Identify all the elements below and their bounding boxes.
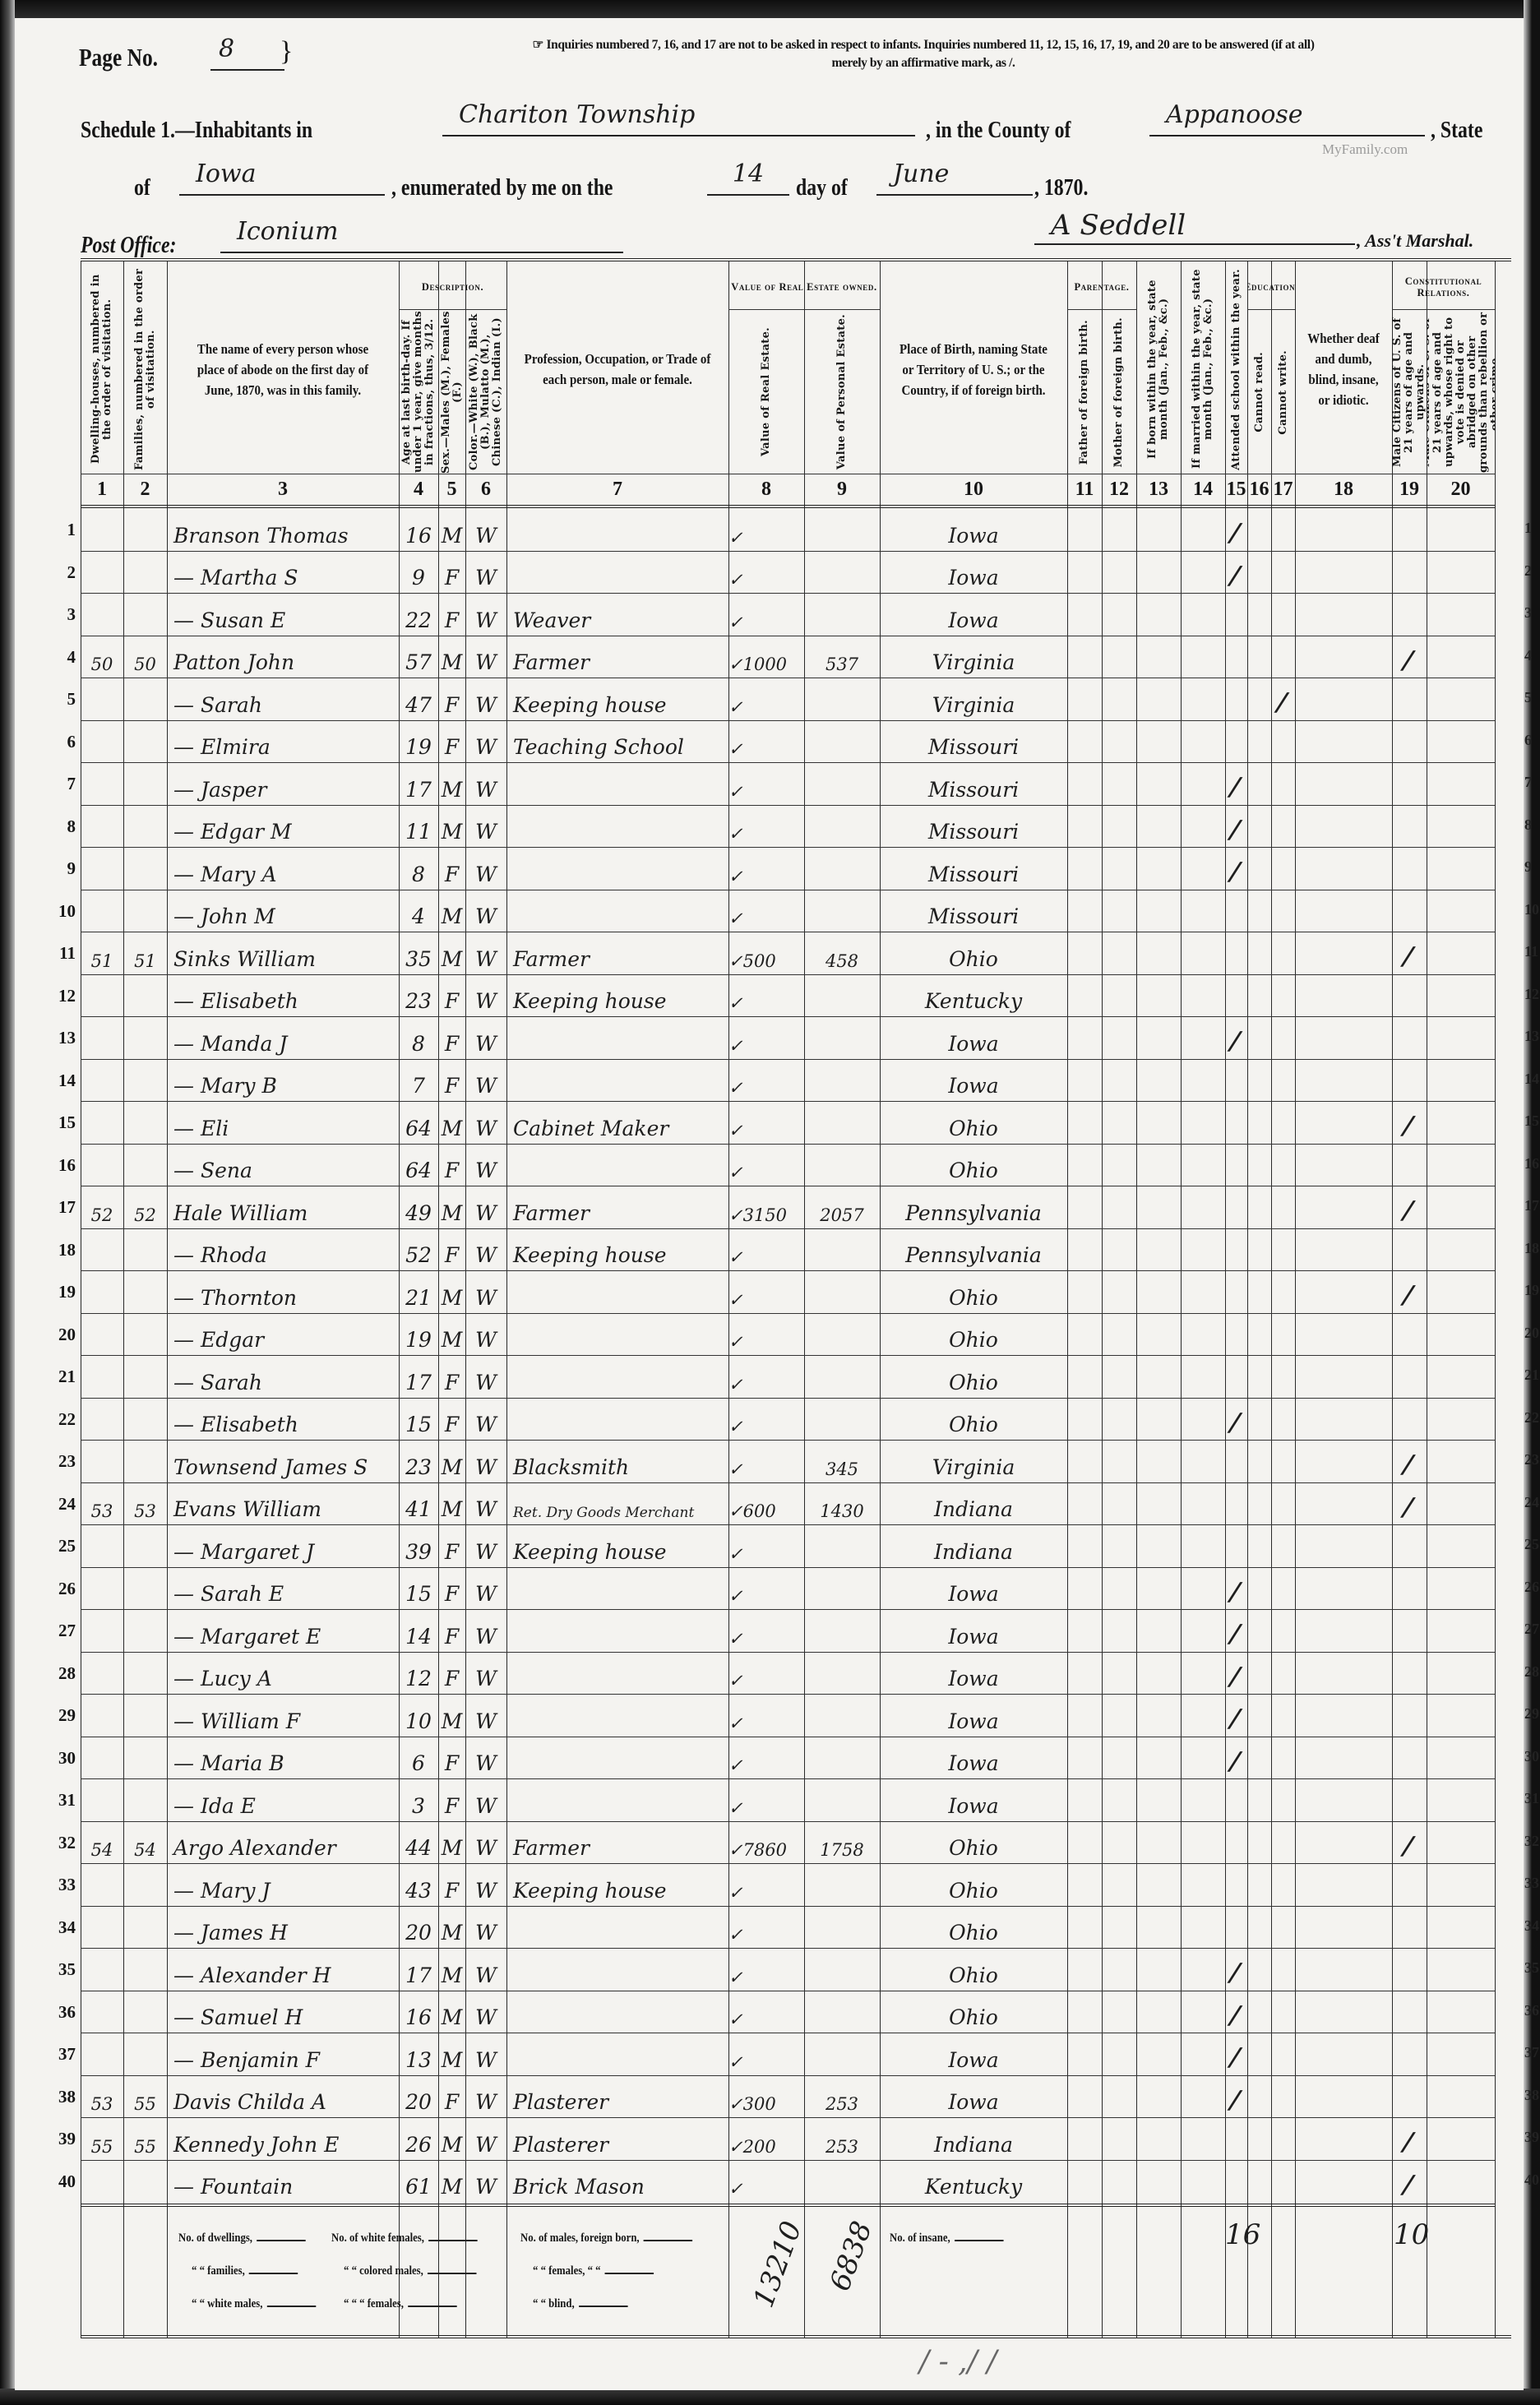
dwelling-number: [81, 1355, 123, 1398]
family-number: [123, 890, 167, 932]
column-number: 6: [465, 474, 506, 505]
color: W: [465, 1737, 506, 1779]
column-header-label: Color.—White (W.), Black (B.), Mulatto (…: [469, 311, 503, 474]
family-number: [123, 1059, 167, 1102]
person-name: — Alexander H: [173, 1948, 405, 1991]
place-of-birth: Ohio: [880, 1863, 1067, 1906]
place-of-birth: Pennsylvania: [880, 1186, 1067, 1228]
schedule-label: Schedule 1.—Inhabitants in: [81, 117, 312, 144]
dwelling-number: [81, 1016, 123, 1059]
personal-estate-value: [804, 1948, 880, 1991]
dwelling-number: 51: [81, 932, 123, 974]
sex: F: [438, 1355, 465, 1398]
state-field: Iowa: [179, 160, 385, 196]
place-of-birth: Iowa: [880, 508, 1067, 551]
age: 20: [399, 1906, 438, 1949]
row-number: 33: [39, 1875, 76, 1895]
dwelling-number: 53: [81, 2075, 123, 2118]
occupation: Brick Mason: [513, 2160, 735, 2203]
dwelling-number: [81, 1228, 123, 1271]
occupation: Farmer: [513, 932, 735, 974]
dwelling-number: [81, 720, 123, 763]
column-header-17: Cannot write.: [1271, 311, 1295, 474]
place-of-birth: Ohio: [880, 1906, 1067, 1949]
person-name: Kennedy John E: [173, 2117, 405, 2160]
real-estate-value: ✓: [728, 2033, 804, 2075]
real-estate-value: ✓: [728, 1228, 804, 1271]
color: W: [465, 720, 506, 763]
color: W: [465, 1609, 506, 1652]
color: W: [465, 847, 506, 890]
summary-colored-females: “ “ “ females,: [344, 2297, 457, 2311]
column-header-6: Color.—White (W.), Black (B.), Mulatto (…: [465, 311, 506, 474]
place-of-birth: Missouri: [880, 805, 1067, 848]
row-number: 36: [39, 2002, 76, 2023]
year-label: , 1870.: [1034, 174, 1088, 201]
row-number-right: 12: [1524, 986, 1540, 1003]
color: W: [465, 805, 506, 848]
column-header-label: Whether deaf and dumb, blind, insane, or…: [1301, 328, 1386, 410]
day-field: 14: [707, 160, 789, 196]
personal-estate-value: 458: [804, 932, 880, 974]
person-name: — Rhoda: [173, 1228, 405, 1271]
occupation: [513, 1906, 735, 1949]
family-number: [123, 1440, 167, 1482]
age: 35: [399, 932, 438, 974]
column-header-14: If married within the year, state month …: [1181, 265, 1225, 474]
place-of-birth: Iowa: [880, 2075, 1067, 2118]
sex: F: [438, 1567, 465, 1610]
row-number-right: 8: [1524, 816, 1540, 834]
real-estate-value: ✓: [728, 1313, 804, 1356]
summary-colored-males: “ “ colored males,: [344, 2264, 476, 2278]
group-divider: [1247, 309, 1295, 310]
family-number: [123, 551, 167, 594]
occupation: [513, 805, 735, 848]
dwelling-number: [81, 974, 123, 1017]
group-header-education: Education.: [1247, 265, 1295, 309]
column-header-label: Male Citizens of U. S. of 21 years of ag…: [1392, 311, 1427, 474]
family-number: [123, 1948, 167, 1991]
column-number: 18: [1295, 474, 1392, 505]
age: 8: [399, 847, 438, 890]
place-of-birth: Ohio: [880, 1101, 1067, 1144]
column-header-9: Value of Personal Estate.: [804, 311, 880, 474]
of-label: of: [134, 174, 150, 201]
personal-estate-value: [804, 1906, 880, 1949]
row-number-right: 14: [1524, 1071, 1540, 1088]
column-header-label: Place of Birth, naming State or Territor…: [891, 339, 1057, 400]
personal-estate-value: [804, 1101, 880, 1144]
row-number: 32: [39, 1833, 76, 1853]
vote-denied-mark: [1420, 1652, 1502, 1695]
post-office-field: Iconium: [220, 217, 623, 253]
family-number: [123, 1694, 167, 1737]
sex: M: [438, 1991, 465, 2033]
row-number: 23: [39, 1451, 76, 1472]
occupation: [513, 1355, 735, 1398]
column-number: 4: [399, 474, 438, 505]
personal-estate-value: [804, 2160, 880, 2203]
real-estate-value: ✓: [728, 1737, 804, 1779]
real-estate-value: ✓: [728, 974, 804, 1017]
personal-estate-value: [804, 1228, 880, 1271]
personal-estate-value: [804, 1863, 880, 1906]
family-number: [123, 1398, 167, 1441]
vote-denied-mark: [1420, 1906, 1502, 1949]
personal-estate-value: [804, 1737, 880, 1779]
row-number-right: 39: [1524, 2129, 1540, 2146]
person-name: — Thornton: [173, 1270, 405, 1313]
place-of-birth: Iowa: [880, 1059, 1067, 1102]
person-name: — Margaret J: [173, 1524, 405, 1567]
place-of-birth: Kentucky: [880, 974, 1067, 1017]
real-estate-value: ✓: [728, 1059, 804, 1102]
column-header-label: If born within the year, state month (Ja…: [1147, 265, 1170, 474]
personal-estate-value: 253: [804, 2075, 880, 2118]
age: 6: [399, 1737, 438, 1779]
color: W: [465, 1991, 506, 2033]
column-number: 3: [167, 474, 399, 505]
sex: F: [438, 678, 465, 720]
vote-denied-mark: [1420, 1567, 1502, 1610]
vote-denied-mark: [1420, 636, 1502, 678]
row-number-right: 35: [1524, 1959, 1540, 1977]
personal-estate-value: [804, 1694, 880, 1737]
place-of-birth: Iowa: [880, 1567, 1067, 1610]
sex: F: [438, 1228, 465, 1271]
column-number: 8: [728, 474, 804, 505]
dwelling-number: [81, 1737, 123, 1779]
row-number-right: 1: [1524, 520, 1540, 537]
sex: M: [438, 1270, 465, 1313]
family-number: [123, 1355, 167, 1398]
watermark: MyFamily.com: [1322, 141, 1408, 158]
real-estate-value: ✓300: [728, 2075, 804, 2118]
column-header-label: Value of Real Estate.: [761, 327, 772, 456]
place-of-birth: Iowa: [880, 1652, 1067, 1695]
row-number: 13: [39, 1028, 76, 1048]
vote-denied-mark: [1420, 1313, 1502, 1356]
vote-denied-mark: [1420, 720, 1502, 763]
age: 44: [399, 1821, 438, 1864]
personal-estate-value: 1758: [804, 1821, 880, 1864]
row-number-right: 7: [1524, 774, 1540, 791]
age: 16: [399, 508, 438, 551]
personal-estate-value: [804, 1313, 880, 1356]
vote-denied-mark: [1420, 678, 1502, 720]
person-name: — Benjamin F: [173, 2033, 405, 2075]
sex: F: [438, 551, 465, 594]
real-estate-value: ✓: [728, 593, 804, 636]
column-header-label: Age at last birth-day. If under 1 year, …: [401, 311, 436, 474]
dwelling-number: [81, 2033, 123, 2075]
summary-label: “ “ females, “ “: [533, 2264, 601, 2278]
age: 20: [399, 2075, 438, 2118]
place-of-birth: Ohio: [880, 1144, 1067, 1186]
family-number: 50: [123, 636, 167, 678]
county-field: Appanoose: [1149, 100, 1425, 136]
summary-label: No. of males, foreign born,: [520, 2232, 640, 2245]
dwelling-number: 54: [81, 1821, 123, 1864]
row-number: 16: [39, 1155, 76, 1176]
row-number-right: 28: [1524, 1663, 1540, 1681]
row-number: 14: [39, 1071, 76, 1091]
place-of-birth: Iowa: [880, 1016, 1067, 1059]
row-number-right: 16: [1524, 1155, 1540, 1172]
sex: M: [438, 1694, 465, 1737]
summary-white-females: No. of white females,: [331, 2232, 478, 2245]
family-number: [123, 1991, 167, 2033]
sex: F: [438, 1398, 465, 1441]
family-number: [123, 678, 167, 720]
age: 47: [399, 678, 438, 720]
column-header-label: Sex.—Males (M.), Females (F.): [441, 311, 464, 474]
personal-estate-value: [804, 2033, 880, 2075]
dwelling-number: [81, 1398, 123, 1441]
real-estate-value: ✓: [728, 805, 804, 848]
vote-denied-mark: [1420, 1398, 1502, 1441]
family-number: [123, 1863, 167, 1906]
color: W: [465, 1948, 506, 1991]
row-number-right: 32: [1524, 1833, 1540, 1850]
faint-pencil-marks: / - ,/ /: [919, 2345, 997, 2379]
color: W: [465, 1524, 506, 1567]
real-estate-value: ✓: [728, 551, 804, 594]
row-number-right: 22: [1524, 1409, 1540, 1427]
column-header-11: Father of foreign birth.: [1067, 311, 1102, 474]
vote-denied-mark: [1420, 805, 1502, 848]
person-name: — Ida E: [173, 1778, 405, 1821]
real-estate-value: ✓600: [728, 1482, 804, 1525]
occupation: [513, 1313, 735, 1356]
group-divider: [728, 309, 880, 310]
person-name: — Mary A: [173, 847, 405, 890]
row-number: 8: [39, 816, 76, 837]
color: W: [465, 974, 506, 1017]
real-estate-value: ✓: [728, 1270, 804, 1313]
summary-families: “ “ families,: [192, 2264, 298, 2278]
place-of-birth: Ohio: [880, 1991, 1067, 2033]
column-header-10: Place of Birth, naming State or Territor…: [880, 265, 1067, 474]
row-number-right: 10: [1524, 901, 1540, 918]
occupation: Keeping house: [513, 1524, 735, 1567]
column-header-label: If married within the year, state month …: [1191, 265, 1214, 474]
row-number-right: 27: [1524, 1621, 1540, 1638]
person-name: Branson Thomas: [173, 508, 405, 551]
dwelling-number: [81, 678, 123, 720]
color: W: [465, 1228, 506, 1271]
age: 22: [399, 593, 438, 636]
place-of-birth: Ohio: [880, 1270, 1067, 1313]
person-name: — Margaret E: [173, 1609, 405, 1652]
total-citizens: 10: [1394, 2218, 1429, 2251]
vote-denied-mark: [1420, 762, 1502, 805]
header-divider: [81, 474, 1495, 474]
personal-estate-value: [804, 1609, 880, 1652]
person-name: Davis Childa A: [173, 2075, 405, 2118]
column-number: 17: [1271, 474, 1295, 505]
total-personal-estate: 6838: [824, 2218, 879, 2296]
row-number-right: 20: [1524, 1325, 1540, 1342]
sex: M: [438, 1313, 465, 1356]
person-name: — Mary J: [173, 1863, 405, 1906]
summary-blank: [955, 2240, 1004, 2241]
column-header-label: Families, numbered in the order of visit…: [134, 265, 157, 474]
place-of-birth: Ohio: [880, 1398, 1067, 1441]
place-of-birth: Iowa: [880, 1737, 1067, 1779]
place-of-birth: Iowa: [880, 551, 1067, 594]
dwelling-number: [81, 1440, 123, 1482]
row-number: 35: [39, 1959, 76, 1980]
family-number: [123, 847, 167, 890]
real-estate-value: ✓: [728, 1778, 804, 1821]
real-estate-value: ✓: [728, 1016, 804, 1059]
occupation: [513, 1737, 735, 1779]
row-number-right: 21: [1524, 1367, 1540, 1384]
family-number: [123, 720, 167, 763]
occupation: [513, 1016, 735, 1059]
column-header-18: Whether deaf and dumb, blind, insane, or…: [1295, 265, 1392, 474]
color: W: [465, 1059, 506, 1102]
row-number-right: 9: [1524, 858, 1540, 876]
person-name: — Edgar: [173, 1313, 405, 1356]
personal-estate-value: [804, 1524, 880, 1567]
column-number: 14: [1181, 474, 1225, 505]
real-estate-value: ✓: [728, 1355, 804, 1398]
place-of-birth: Missouri: [880, 762, 1067, 805]
row-number-right: 11: [1524, 943, 1540, 960]
color: W: [465, 1355, 506, 1398]
real-estate-value: ✓: [728, 1144, 804, 1186]
real-estate-value: ✓: [728, 1694, 804, 1737]
family-number: [123, 1567, 167, 1610]
group-divider: [399, 309, 506, 310]
row-number: 10: [39, 901, 76, 922]
row-number-right: 19: [1524, 1282, 1540, 1299]
color: W: [465, 1440, 506, 1482]
real-estate-value: ✓: [728, 1398, 804, 1441]
person-name: — Elisabeth: [173, 1398, 405, 1441]
real-estate-value: ✓: [728, 890, 804, 932]
family-number: [123, 1524, 167, 1567]
family-number: [123, 2033, 167, 2075]
age: 23: [399, 974, 438, 1017]
group-header-parentage: Parentage.: [1067, 265, 1136, 309]
occupation: Keeping house: [513, 1228, 735, 1271]
summary-blank: [257, 2240, 306, 2241]
real-estate-value: ✓: [728, 847, 804, 890]
sex: M: [438, 762, 465, 805]
personal-estate-value: [804, 678, 880, 720]
color: W: [465, 678, 506, 720]
summary-blank: [605, 2273, 654, 2274]
summary-blank: [408, 2306, 457, 2307]
personal-estate-value: [804, 1567, 880, 1610]
age: 17: [399, 1355, 438, 1398]
color: W: [465, 1101, 506, 1144]
column-number: 10: [880, 474, 1067, 505]
column-header-label: The name of every person whose place of …: [181, 339, 385, 400]
person-name: — Sarah: [173, 1355, 405, 1398]
row-number: 29: [39, 1705, 76, 1726]
row-number: 19: [39, 1282, 76, 1302]
personal-estate-value: 345: [804, 1440, 880, 1482]
vote-denied-mark: [1420, 1270, 1502, 1313]
sex: M: [438, 1906, 465, 1949]
row-number-right: 4: [1524, 647, 1540, 664]
vote-denied-mark: [1420, 1694, 1502, 1737]
family-number: [123, 1101, 167, 1144]
summary-insane: No. of insane,: [890, 2232, 1003, 2245]
sex: M: [438, 1821, 465, 1864]
color: W: [465, 551, 506, 594]
sex: M: [438, 890, 465, 932]
age: 64: [399, 1144, 438, 1186]
occupation: Teaching School: [513, 720, 735, 763]
place-of-birth: Kentucky: [880, 2160, 1067, 2203]
color: W: [465, 593, 506, 636]
occupation: Keeping house: [513, 1863, 735, 1906]
sex: F: [438, 1524, 465, 1567]
row-number-right: 13: [1524, 1028, 1540, 1045]
row-number-right: 29: [1524, 1705, 1540, 1723]
row-number: 30: [39, 1748, 76, 1769]
family-number: [123, 1737, 167, 1779]
row-number-right: 2: [1524, 562, 1540, 580]
month-field: June: [876, 160, 1033, 196]
sex: F: [438, 1609, 465, 1652]
family-number: 55: [123, 2075, 167, 2118]
personal-estate-value: [804, 593, 880, 636]
dwelling-number: [81, 1524, 123, 1567]
vote-denied-mark: [1420, 1609, 1502, 1652]
occupation: [513, 2033, 735, 2075]
color: W: [465, 932, 506, 974]
real-estate-value: ✓: [728, 1101, 804, 1144]
column-header-label: Cannot read.: [1254, 352, 1265, 432]
sex: M: [438, 1482, 465, 1525]
column-header-label: Dwelling-houses, numbered in the order o…: [90, 265, 113, 474]
vote-denied-mark: [1420, 890, 1502, 932]
column-number: 2: [123, 474, 167, 505]
row-number: 5: [39, 689, 76, 710]
occupation: Keeping house: [513, 678, 735, 720]
vote-denied-mark: [1420, 1778, 1502, 1821]
color: W: [465, 1016, 506, 1059]
real-estate-value: ✓: [728, 1991, 804, 2033]
personal-estate-value: [804, 1991, 880, 2033]
age: 10: [399, 1694, 438, 1737]
dwelling-number: [81, 1906, 123, 1949]
personal-estate-value: [804, 1652, 880, 1695]
column-header-15: Attended school within the year.: [1225, 265, 1247, 474]
summary-blank: [249, 2273, 298, 2274]
dwelling-number: [81, 805, 123, 848]
dwelling-number: [81, 1270, 123, 1313]
row-number: 17: [39, 1197, 76, 1218]
occupation: Farmer: [513, 1821, 735, 1864]
age: 19: [399, 720, 438, 763]
family-number: [123, 593, 167, 636]
age: 57: [399, 636, 438, 678]
real-estate-value: ✓: [728, 1609, 804, 1652]
vote-denied-mark: [1420, 1101, 1502, 1144]
personal-estate-value: [804, 1144, 880, 1186]
column-header-5: Sex.—Males (M.), Females (F.): [438, 311, 465, 474]
summary-label: No. of white females,: [331, 2232, 424, 2245]
personal-estate-value: [804, 805, 880, 848]
